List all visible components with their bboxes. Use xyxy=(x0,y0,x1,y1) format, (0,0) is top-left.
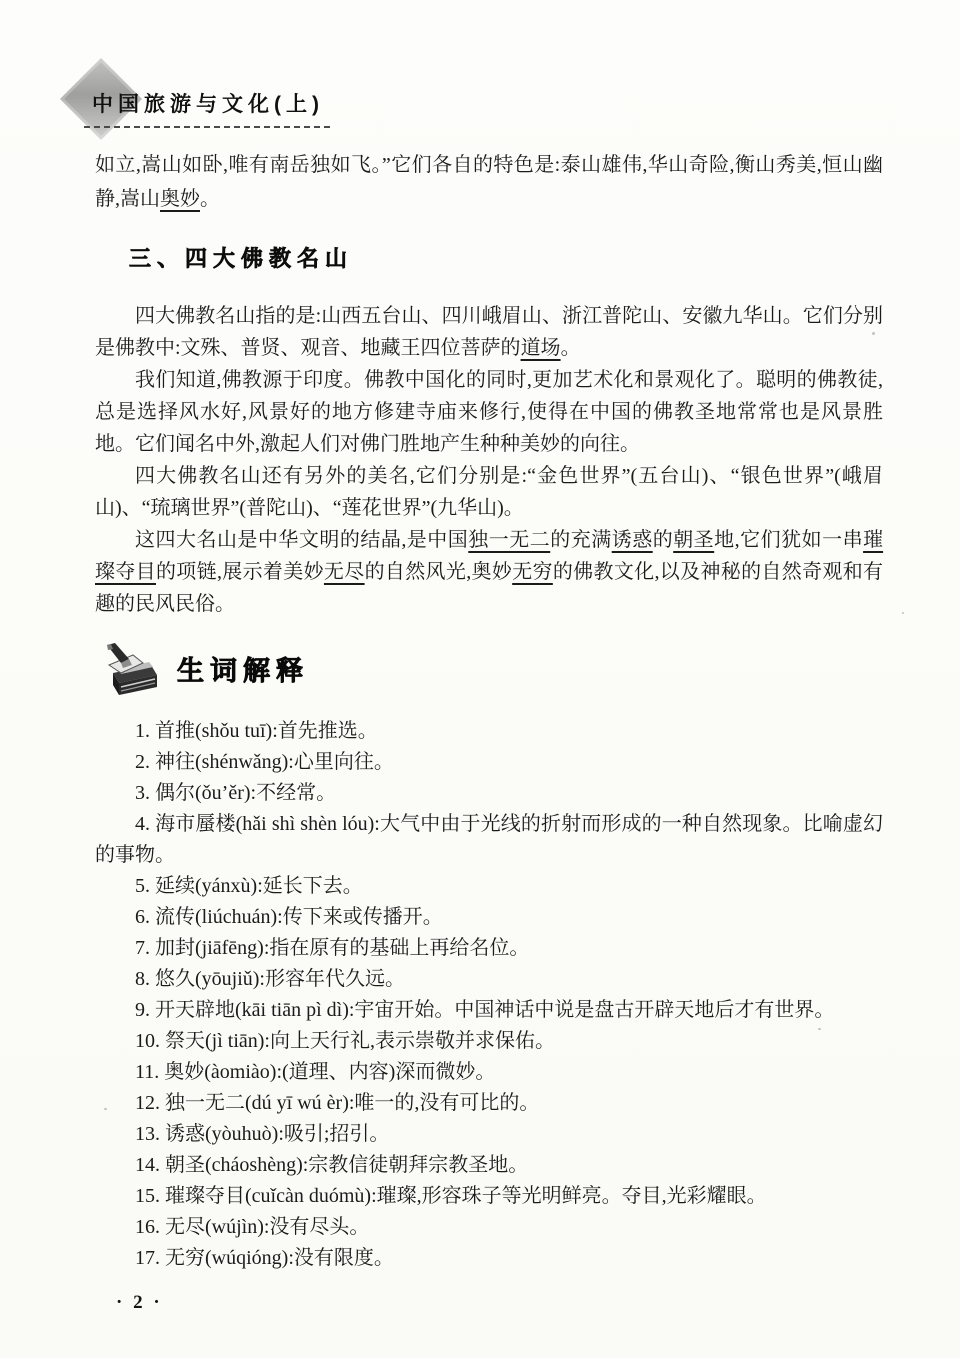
vocab-item-text: 无尽(wújìn):没有尽头。 xyxy=(165,1216,369,1238)
vocab-section-title: 生词解释 xyxy=(177,654,309,688)
text-run: 。 xyxy=(561,337,581,359)
text-run: 我们知道,佛教源于印度。佛教中国化的同时,更加艺术化和景观化了。聪明的佛教徒,总… xyxy=(95,369,883,455)
vocab-item: 15. 璀璨夺目(cuǐcàn duómù):璀璨,形容珠子等光明鲜亮。夺目,光… xyxy=(95,1181,883,1212)
vocab-item-number: 10. xyxy=(135,1030,165,1052)
vocab-item-text: 无穷(wúqióng):没有限度。 xyxy=(165,1247,394,1269)
vocab-item-text: 海市蜃楼(hǎi shì shèn lóu):大气中由于光线的折射而形成的一种自… xyxy=(95,813,883,866)
text-run: 的 xyxy=(653,529,674,551)
vocab-item-number: 2. xyxy=(135,751,155,773)
vocab-item-number: 17. xyxy=(135,1247,165,1269)
intro-paragraph: 如立,嵩山如卧,唯有南岳独如飞。”它们各自的特色是:泰山雄伟,华山奇险,衡山秀美… xyxy=(95,148,883,216)
vocab-item-text: 神往(shénwǎng):心里向往。 xyxy=(155,751,394,773)
underlined-term: 诱惑 xyxy=(612,529,653,551)
paragraph: 四大佛教名山指的是:山西五台山、四川峨眉山、浙江普陀山、安徽九华山。它们分别是佛… xyxy=(95,300,883,364)
vocab-item-number: 15. xyxy=(135,1185,165,1207)
vocab-item: 6. 流传(liúchuán):传下来或传播开。 xyxy=(95,902,883,933)
vocab-item: 4. 海市蜃楼(hǎi shì shèn lóu):大气中由于光线的折射而形成的… xyxy=(95,809,883,871)
paragraph: 四大佛教名山还有另外的美名,它们分别是:“金色世界”(五台山)、“银色世界”(峨… xyxy=(95,460,883,524)
vocab-item-number: 6. xyxy=(135,906,155,928)
scan-speck xyxy=(818,1028,821,1030)
vocab-item: 10. 祭天(jì tiān):向上天行礼,表示崇敬并求保佑。 xyxy=(95,1026,883,1057)
vocab-item: 3. 偶尔(ǒu’ěr):不经常。 xyxy=(95,778,883,809)
paragraph: 这四大名山是中华文明的结晶,是中国独一无二的充满诱惑的朝圣地,它们犹如一串璀璨夺… xyxy=(95,524,883,620)
section-heading: 三、四大佛教名山 xyxy=(129,242,883,276)
vocab-item: 11. 奥妙(àomiào):(道理、内容)深而微妙。 xyxy=(95,1057,883,1088)
vocab-item-text: 偶尔(ǒu’ěr):不经常。 xyxy=(155,782,336,804)
text-run: 这四大名山是中华文明的结晶,是中国 xyxy=(135,529,468,551)
page-number: · 2 · xyxy=(116,1292,163,1314)
paragraph: 我们知道,佛教源于印度。佛教中国化的同时,更加艺术化和景观化了。聪明的佛教徒,总… xyxy=(95,364,883,460)
vocab-item-number: 4. xyxy=(135,813,155,835)
underlined-term: 独一无二 xyxy=(468,529,550,551)
books-and-pen-icon xyxy=(99,643,163,699)
text-run: 的自然风光,奥妙 xyxy=(365,561,513,583)
text-run: 四大佛教名山还有另外的美名,它们分别是:“金色世界”(五台山)、“银色世界”(峨… xyxy=(95,465,883,519)
vocab-item-text: 流传(liúchuán):传下来或传播开。 xyxy=(155,906,443,928)
vocab-item-text: 悠久(yōujiǔ):形容年代久远。 xyxy=(155,968,405,990)
vocab-item-number: 3. xyxy=(135,782,155,804)
vocab-item: 1. 首推(shǒu tuī):首先推选。 xyxy=(95,716,883,747)
vocab-item-number: 16. xyxy=(135,1216,165,1238)
vocab-item-text: 祭天(jì tiān):向上天行礼,表示崇敬并求保佑。 xyxy=(165,1030,555,1052)
page-content: 如立,嵩山如卧,唯有南岳独如飞。”它们各自的特色是:泰山雄伟,华山奇险,衡山秀美… xyxy=(95,148,883,1274)
underlined-term: 无穷 xyxy=(512,561,553,583)
text-run: 。 xyxy=(200,188,220,210)
vocab-item-number: 13. xyxy=(135,1123,165,1145)
vocab-item: 17. 无穷(wúqióng):没有限度。 xyxy=(95,1243,883,1274)
vocab-item-number: 7. xyxy=(135,937,155,959)
vocab-item: 13. 诱惑(yòuhuò):吸引;招引。 xyxy=(95,1119,883,1150)
vocab-item: 16. 无尽(wújìn):没有尽头。 xyxy=(95,1212,883,1243)
underlined-term: 奥妙 xyxy=(160,188,200,210)
running-head: 中国旅游与文化(上) xyxy=(84,82,330,128)
vocab-item-number: 14. xyxy=(135,1154,165,1176)
vocab-item-text: 朝圣(cháoshèng):宗教信徒朝拜宗教圣地。 xyxy=(165,1154,528,1176)
vocab-item-text: 延续(yánxù):延长下去。 xyxy=(155,875,363,897)
vocab-item-number: 8. xyxy=(135,968,155,990)
underlined-term: 无尽 xyxy=(324,561,365,583)
vocab-item-number: 11. xyxy=(135,1061,164,1083)
text-run: 地,它们犹如一串 xyxy=(714,529,863,551)
vocab-item-text: 璀璨夺目(cuǐcàn duómù):璀璨,形容珠子等光明鲜亮。夺目,光彩耀眼。 xyxy=(165,1185,767,1207)
vocab-item: 14. 朝圣(cháoshèng):宗教信徒朝拜宗教圣地。 xyxy=(95,1150,883,1181)
vocab-item-text: 独一无二(dú yī wú èr):唯一的,没有可比的。 xyxy=(165,1092,539,1114)
text-run: 的充满 xyxy=(550,529,611,551)
body-paragraphs: 四大佛教名山指的是:山西五台山、四川峨眉山、浙江普陀山、安徽九华山。它们分别是佛… xyxy=(95,300,883,620)
vocab-item: 7. 加封(jiāfēng):指在原有的基础上再给名位。 xyxy=(95,933,883,964)
vocab-item-text: 加封(jiāfēng):指在原有的基础上再给名位。 xyxy=(155,937,529,959)
scanned-book-page: 中国旅游与文化(上) 如立,嵩山如卧,唯有南岳独如飞。”它们各自的特色是:泰山雄… xyxy=(0,0,960,1358)
vocab-item-text: 诱惑(yòuhuò):吸引;招引。 xyxy=(165,1123,389,1145)
scan-speck xyxy=(902,612,904,614)
vocab-item: 5. 延续(yánxù):延长下去。 xyxy=(95,871,883,902)
vocab-section-header: 生词解释 xyxy=(99,642,883,700)
underlined-term: 道场 xyxy=(521,337,561,359)
vocab-item: 12. 独一无二(dú yī wú èr):唯一的,没有可比的。 xyxy=(95,1088,883,1119)
vocab-item-number: 9. xyxy=(135,999,155,1021)
scan-speck xyxy=(872,332,875,335)
vocab-list: 1. 首推(shǒu tuī):首先推选。2. 神往(shénwǎng):心里向… xyxy=(95,716,883,1274)
vocab-item-number: 12. xyxy=(135,1092,165,1114)
book-title: 中国旅游与文化(上) xyxy=(84,82,330,128)
vocab-item: 2. 神往(shénwǎng):心里向往。 xyxy=(95,747,883,778)
underlined-term: 朝圣 xyxy=(673,529,714,551)
vocab-item-number: 1. xyxy=(135,720,155,742)
vocab-item-number: 5. xyxy=(135,875,155,897)
vocab-item-text: 首推(shǒu tuī):首先推选。 xyxy=(155,720,378,742)
vocab-item-text: 奥妙(àomiào):(道理、内容)深而微妙。 xyxy=(164,1061,495,1083)
text-run: 的项链,展示着美妙 xyxy=(156,561,324,583)
scan-speck xyxy=(104,1108,107,1110)
text-run: 四大佛教名山指的是:山西五台山、四川峨眉山、浙江普陀山、安徽九华山。它们分别是佛… xyxy=(95,305,883,359)
vocab-item: 9. 开天辟地(kāi tiān pì dì):宇宙开始。中国神话中说是盘古开辟… xyxy=(95,995,883,1026)
vocab-item-text: 开天辟地(kāi tiān pì dì):宇宙开始。中国神话中说是盘古开辟天地后… xyxy=(155,999,834,1021)
vocab-item: 8. 悠久(yōujiǔ):形容年代久远。 xyxy=(95,964,883,995)
